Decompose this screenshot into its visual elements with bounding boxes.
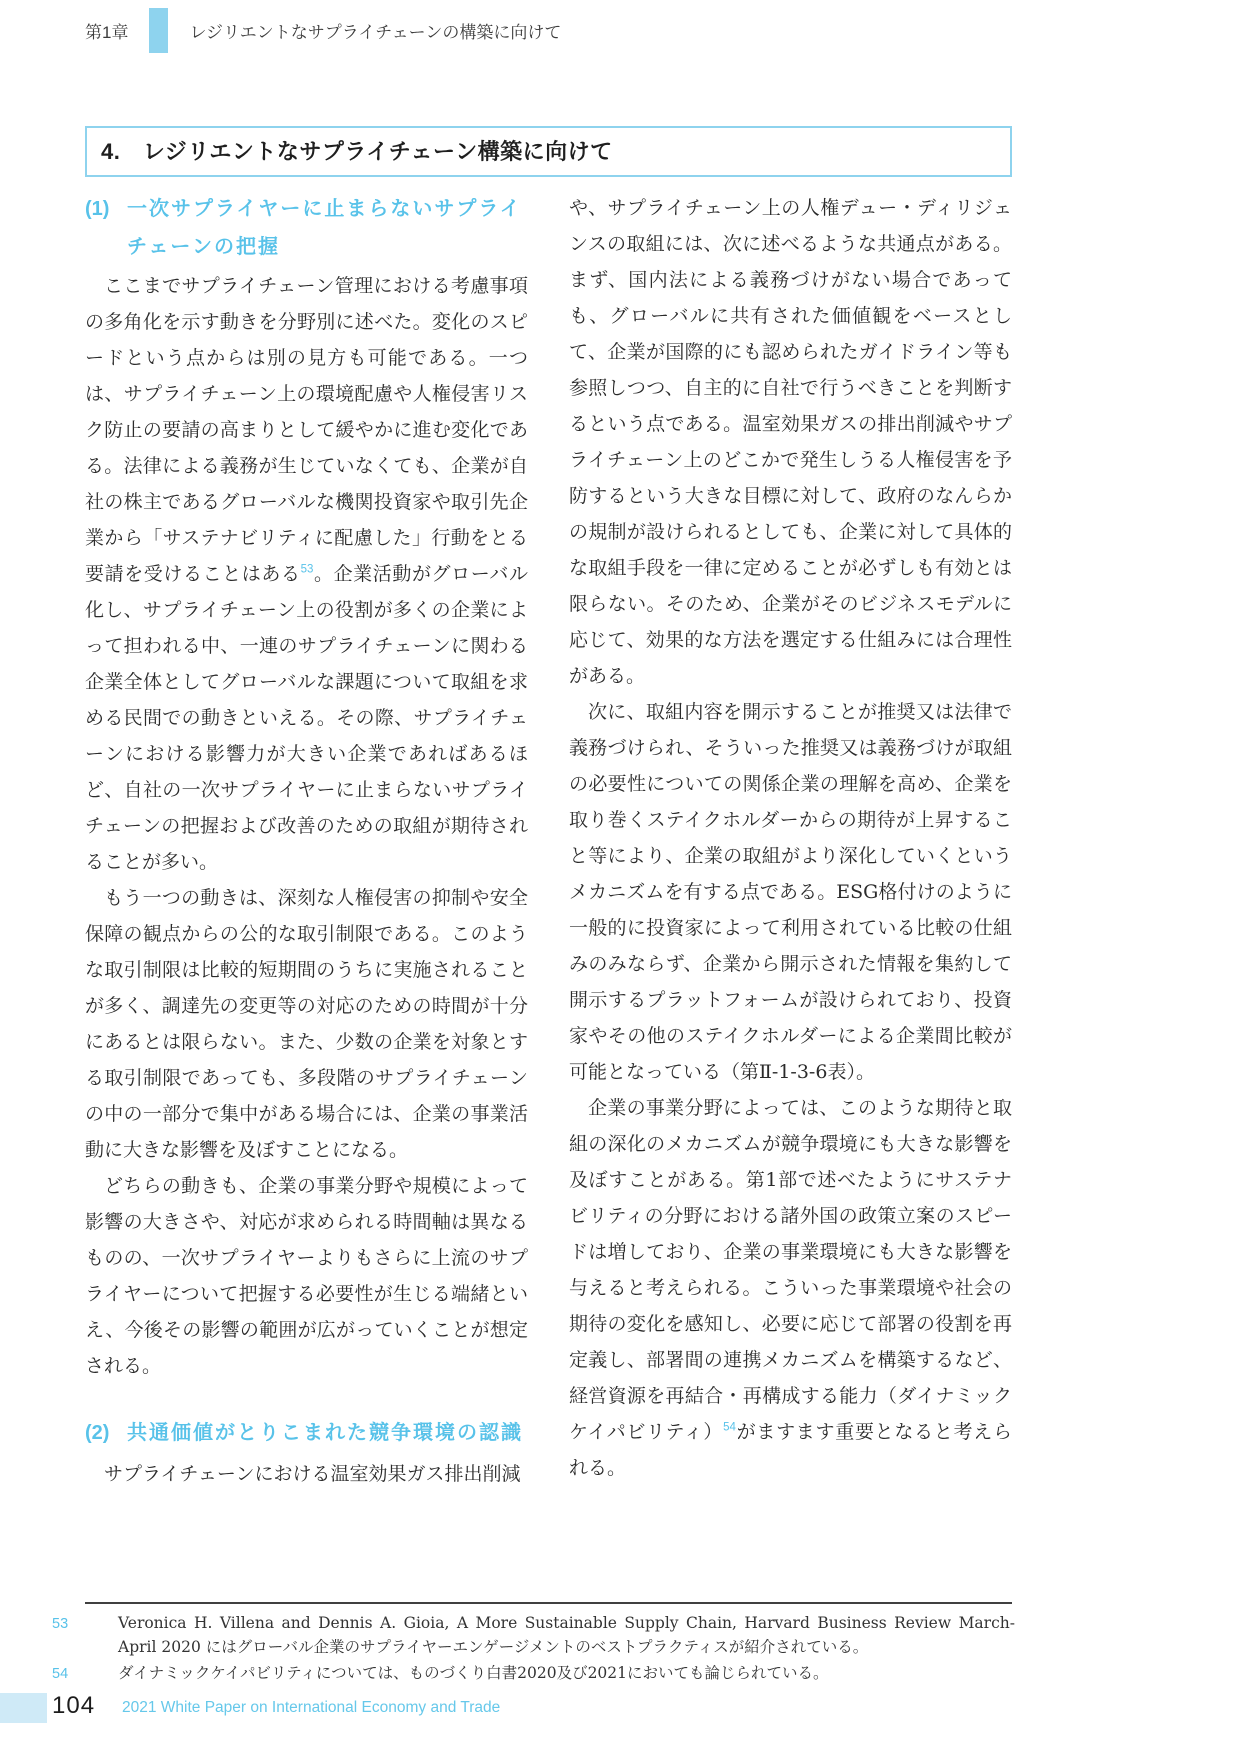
subsection-2-number: (2) xyxy=(85,1414,127,1452)
two-column-body: (1)一次サプライヤーに止まらないサプライチェーンの把握 ここまでサプライチェー… xyxy=(85,190,1012,1492)
chapter-number: 第1章 xyxy=(85,18,128,43)
footnote-54-text: ダイナミックケイパビリティについては、ものづくり白書2020及び2021において… xyxy=(118,1664,829,1682)
paragraph: や、サプライチェーン上の人権デュー・ディリジェンスの取組には、次に述べるような共… xyxy=(569,190,1012,694)
subsection-2-heading: (2)共通価値がとりこまれた競争環境の認識 xyxy=(85,1414,528,1452)
subsection-1-title: 一次サプライヤーに止まらないサプライチェーンの把握 xyxy=(127,198,522,258)
paragraph-text: 企業の事業分野によっては、このような期待と取組の深化のメカニズムが競争環境にも大… xyxy=(569,1097,1012,1443)
footnote-53-text: Veronica H. Villena and Dennis A. Gioia,… xyxy=(118,1614,1015,1656)
paragraph: 企業の事業分野によっては、このような期待と取組の深化のメカニズムが競争環境にも大… xyxy=(569,1090,1012,1486)
paragraph-text: ここまでサプライチェーン管理における考慮事項の多角化を示す動きを分野別に述べた。… xyxy=(85,275,528,585)
footnote-53: 53Veronica H. Villena and Dennis A. Gioi… xyxy=(85,1612,1015,1659)
left-column: (1)一次サプライヤーに止まらないサプライチェーンの把握 ここまでサプライチェー… xyxy=(85,190,528,1492)
subsection-1-heading: (1)一次サプライヤーに止まらないサプライチェーンの把握 xyxy=(85,190,528,266)
paragraph: もう一つの動きは、深刻な人権侵害の抑制や安全保障の観点からの公的な取引制限である… xyxy=(85,880,528,1168)
page-footer: 104 2021 White Paper on International Ec… xyxy=(0,1692,1241,1726)
chapter-header: 第1章 レジリエントなサプライチェーンの構築に向けて xyxy=(85,8,561,53)
footer-accent-band xyxy=(0,1693,47,1723)
chapter-accent-bar xyxy=(149,8,168,53)
section-title: 4. レジリエントなサプライチェーン構築に向けて xyxy=(101,135,996,166)
footnote-ref-53: 53 xyxy=(301,564,314,576)
footnote-ref-54: 54 xyxy=(723,1422,736,1434)
document-page: 第1章 レジリエントなサプライチェーンの構築に向けて 4. レジリエントなサプラ… xyxy=(0,0,1241,1754)
footnotes-block: 53Veronica H. Villena and Dennis A. Gioi… xyxy=(85,1612,1015,1689)
footer-publication-title: 2021 White Paper on International Econom… xyxy=(122,1699,500,1717)
footnote-54: 54ダイナミックケイパビリティについては、ものづくり白書2020及び2021にお… xyxy=(85,1662,1015,1686)
right-column: や、サプライチェーン上の人権デュー・ディリジェンスの取組には、次に述べるような共… xyxy=(569,190,1012,1492)
subsection-2-title: 共通価値がとりこまれた競争環境の認識 xyxy=(127,1422,523,1444)
footnote-53-number: 53 xyxy=(85,1613,118,1636)
paragraph: 次に、取組内容を開示することが推奨又は法律で義務づけられ、そういった推奨又は義務… xyxy=(569,694,1012,1090)
paragraph-text: 。企業活動がグローバル化し、サプライチェーン上の役割が多くの企業によって担われる… xyxy=(85,563,528,873)
paragraph: サプライチェーンにおける温室効果ガス排出削減 xyxy=(85,1456,528,1492)
subsection-1-number: (1) xyxy=(85,190,127,228)
paragraph: どちらの動きも、企業の事業分野や規模によって影響の大きさや、対応が求められる時間… xyxy=(85,1168,528,1384)
footnote-divider xyxy=(85,1602,1012,1604)
paragraph: ここまでサプライチェーン管理における考慮事項の多角化を示す動きを分野別に述べた。… xyxy=(85,268,528,880)
section-heading-box: 4. レジリエントなサプライチェーン構築に向けて xyxy=(85,126,1012,177)
chapter-title: レジリエントなサプライチェーンの構築に向けて xyxy=(189,18,561,43)
page-number: 104 xyxy=(52,1692,95,1720)
footnote-54-number: 54 xyxy=(85,1663,118,1686)
